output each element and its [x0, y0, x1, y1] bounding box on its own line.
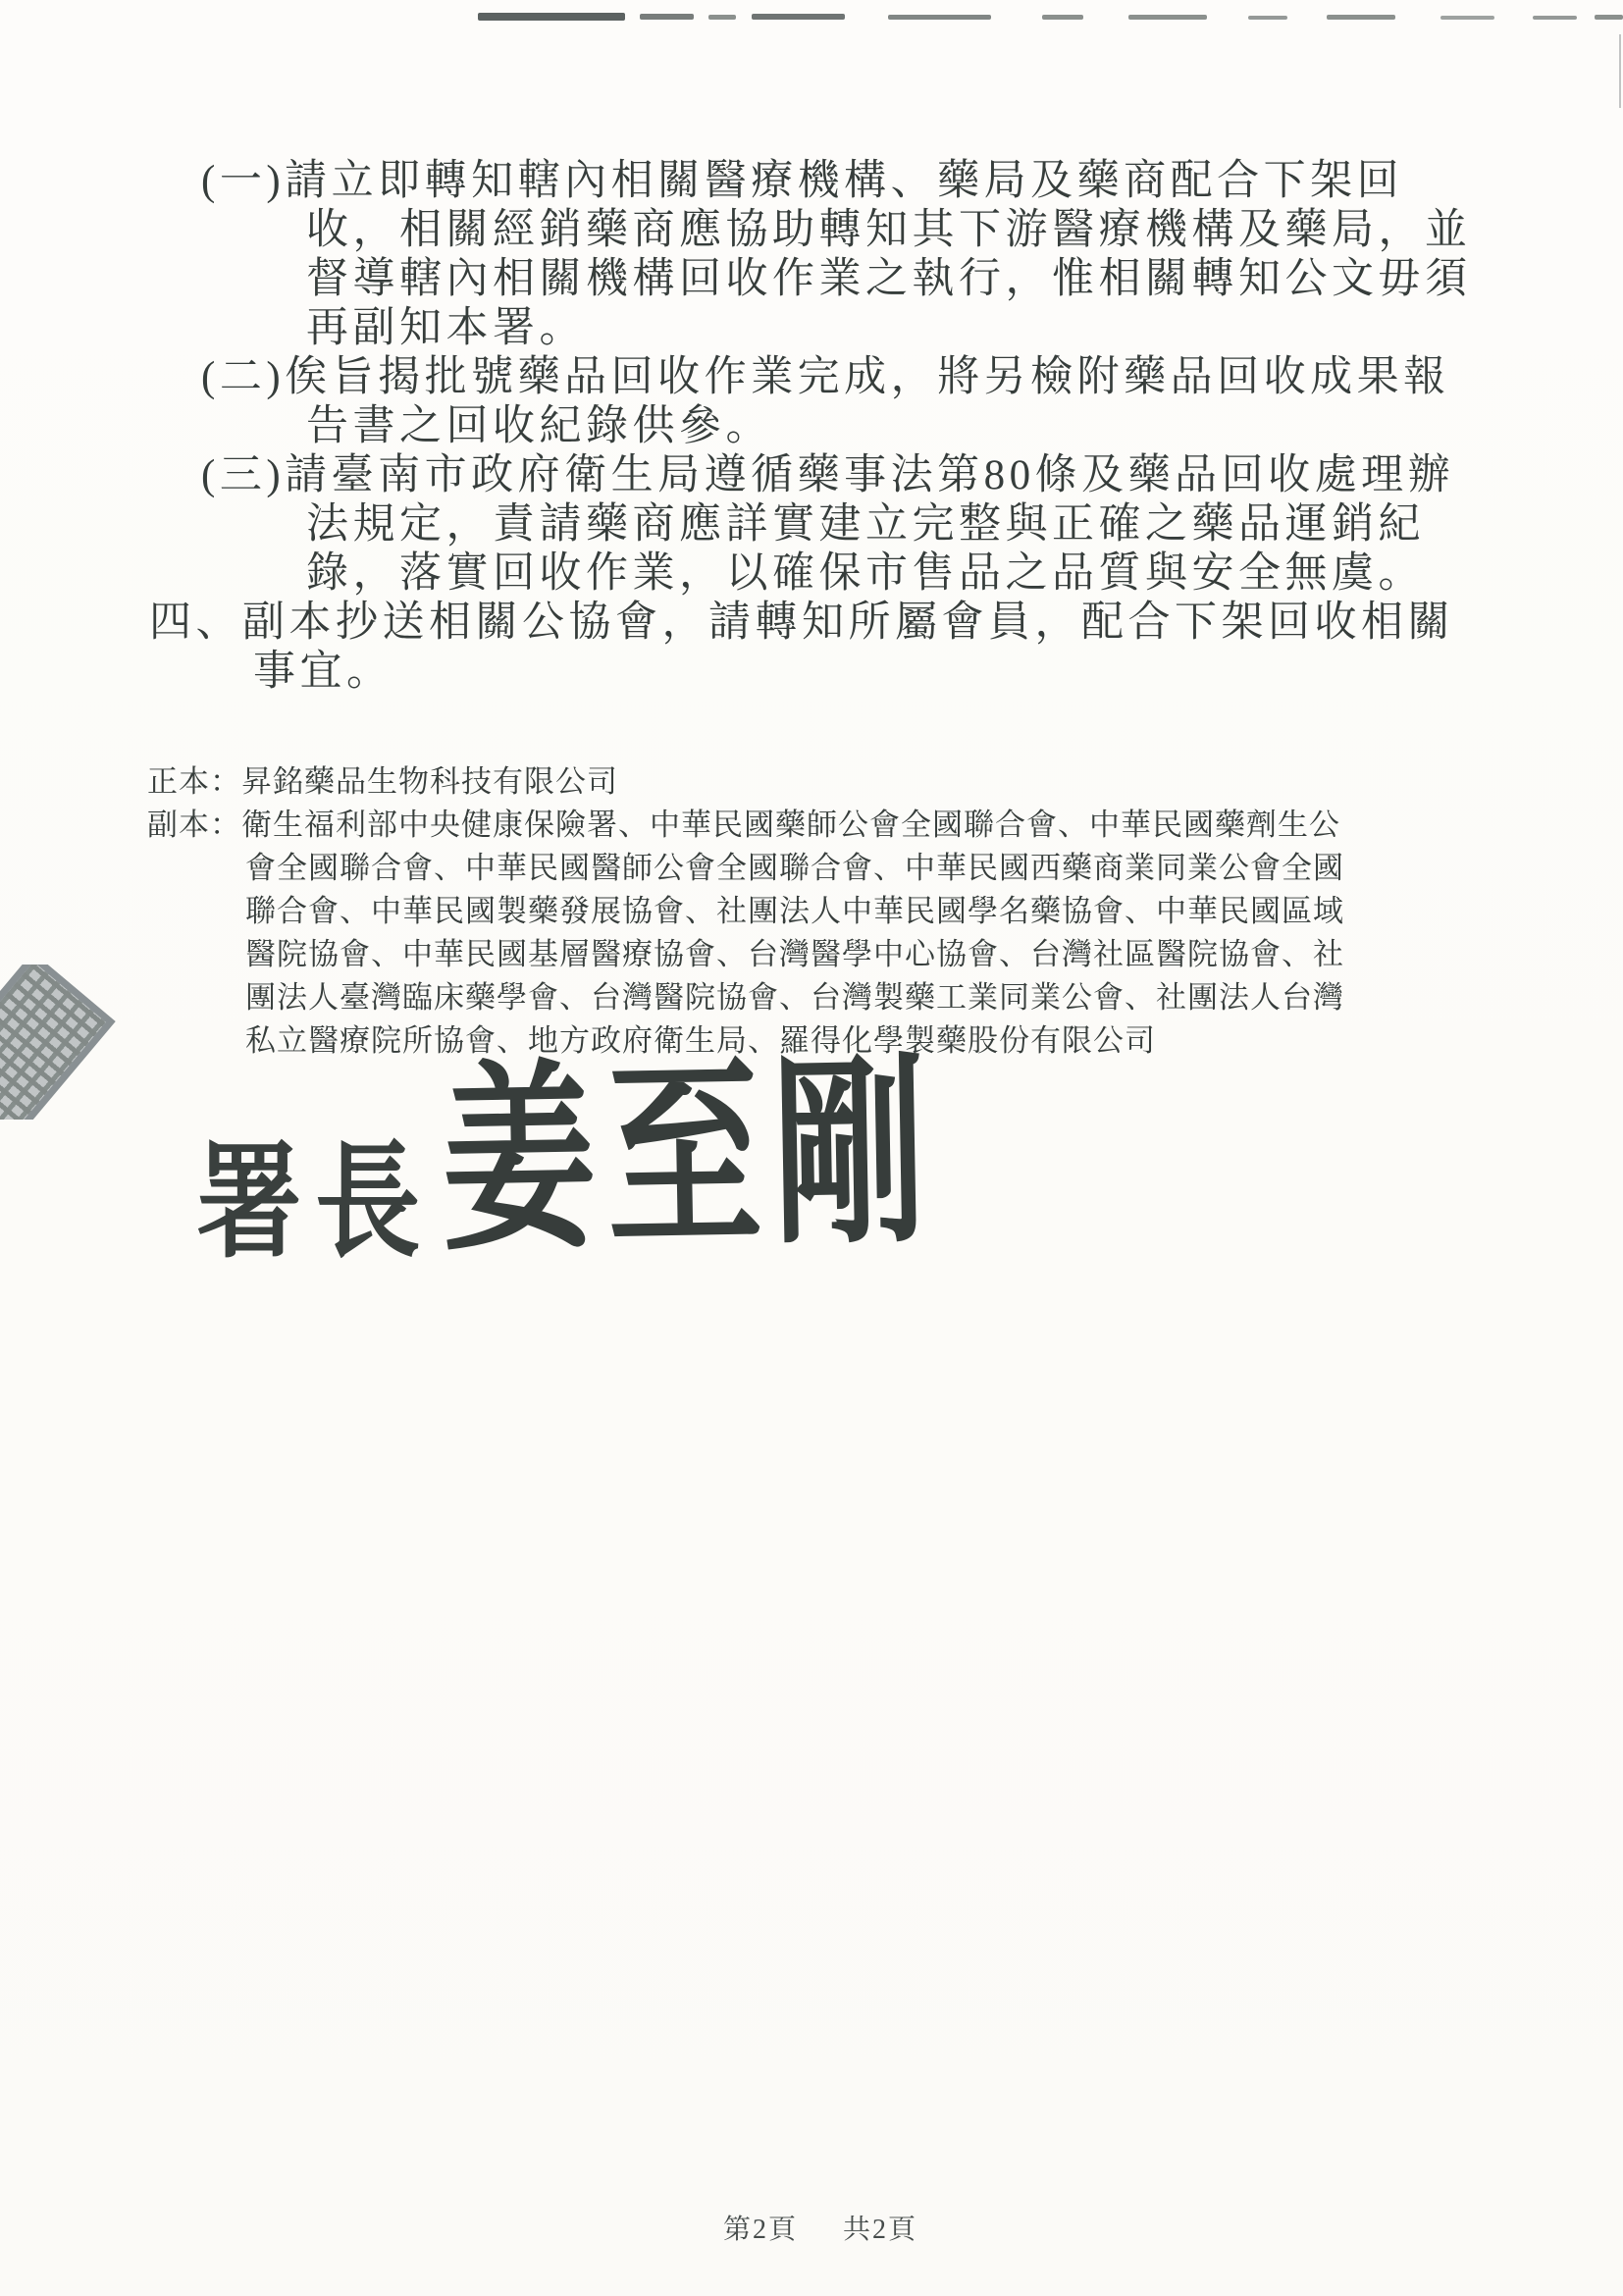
scan-artifact — [640, 14, 694, 20]
body-line: (二)俟旨揭批號藥品回收作業完成，將另檢附藥品回收成果報 — [201, 353, 1623, 402]
scan-artifact — [708, 15, 736, 20]
body-line: 收，相關經銷藥商應協助轉知其下游醫療機構及藥局，並 — [306, 206, 1623, 255]
scan-artifact — [1595, 15, 1623, 20]
body-line: 四、副本抄送相關公協會，請轉知所屬會員，配合下架回收相關 — [149, 599, 1623, 648]
seal-pattern — [0, 965, 116, 1120]
scan-artifact — [752, 14, 845, 20]
document-page: (一)請立即轉知轄內相關醫療機構、藥局及藥商配合下架回 收，相關經銷藥商應協助轉… — [0, 0, 1623, 2296]
scan-artifact — [888, 15, 991, 20]
original-label: 正本： — [147, 764, 241, 799]
body-line: 告書之回收紀錄供參。 — [306, 402, 1623, 451]
copy-recipient-line: 副本：衛生福利部中央健康保險署、中華民國藥師公會全國聯合會、中華民國藥劑生公 — [147, 804, 1344, 847]
copy-label: 副本： — [147, 808, 241, 842]
original-recipient: 昇銘藥品生物科技有限公司 — [241, 764, 618, 799]
official-seal-stamp — [0, 965, 130, 1120]
body-line: 再副知本署。 — [306, 304, 1623, 353]
body-line: 事宜。 — [253, 648, 1623, 697]
scan-artifact — [1042, 15, 1083, 20]
copy-recipient-text: 聯合會、中華民國製藥發展協會、社團法人中華民國學名藥協會、中華民國區域 — [245, 890, 1344, 933]
scan-artifact — [1327, 15, 1395, 20]
scan-artifact — [1248, 16, 1287, 20]
copy-recipient-text: 會全國聯合會、中華民國醫師公會全國聯合會、中華民國西藥商業同業公會全國 — [245, 847, 1344, 890]
signer-title: 署長 — [196, 1101, 434, 1281]
page-number: 第2頁 — [723, 2208, 798, 2247]
document-body: (一)請立即轉知轄內相關醫療機構、藥局及藥商配合下架回 收，相關經銷藥商應協助轉… — [0, 157, 1623, 697]
scan-artifact-right-edge — [1619, 34, 1621, 108]
page-total: 共2頁 — [843, 2208, 917, 2247]
scan-artifact — [478, 13, 625, 21]
body-line: 錄，落實回收作業，以確保市售品之品質與安全無虞。 — [306, 549, 1623, 599]
body-line: 督導轄內相關機構回收作業之執行，惟相關轉知公文毋須 — [306, 255, 1623, 304]
original-recipient-line: 正本：昇銘藥品生物科技有限公司 — [147, 760, 1344, 804]
scan-artifact — [1533, 16, 1577, 20]
body-line: (一)請立即轉知轄內相關醫療機構、藥局及藥商配合下架回 — [201, 157, 1623, 206]
signature-calligraphy: 姜至剛 — [439, 990, 940, 1288]
body-line: 法規定，責請藥商應詳實建立完整與正確之藥品運銷紀 — [306, 500, 1623, 549]
copy-recipient-text: 醫院協會、中華民國基層醫療協會、台灣醫學中心協會、台灣社區醫院協會、社 — [245, 933, 1344, 976]
copy-recipient-text: 衛生福利部中央健康保險署、中華民國藥師公會全國聯合會、中華民國藥劑生公 — [241, 808, 1340, 842]
page-footer: 第2頁 共2頁 — [723, 2208, 917, 2247]
body-line: (三)請臺南市政府衛生局遵循藥事法第80條及藥品回收處理辦 — [201, 451, 1623, 500]
scan-artifact — [1128, 15, 1207, 20]
scan-artifact — [1440, 16, 1494, 20]
